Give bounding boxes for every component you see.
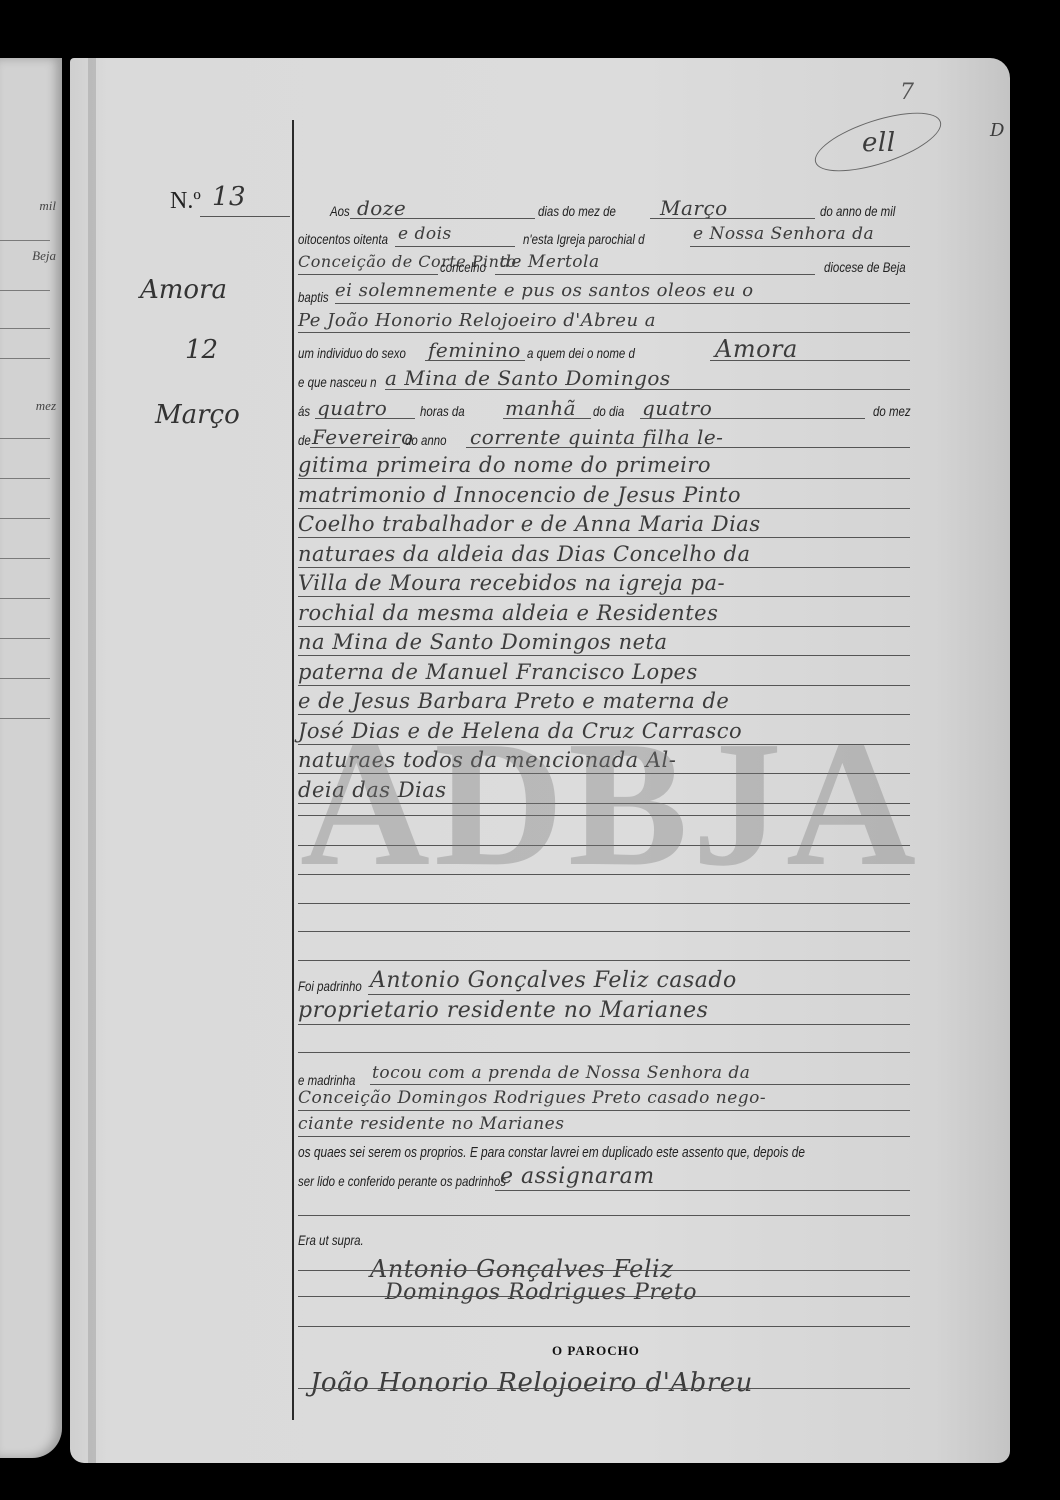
left-page-text: mil [39,198,56,214]
padrinho-line: Antonio Gonçalves Feliz casado [370,968,737,993]
record-body-line: naturaes da aldeia das Dias Concelho da [298,542,751,566]
record-body-line: paterna de Manuel Francisco Lopes [298,660,698,684]
priest-text: Pe João Honorio Relojoeiro d'Abreu a [298,310,656,331]
child-name: Amora [715,335,798,363]
record-body-line: matrimonio d Innocencio de Jesus Pinto [298,483,741,507]
madrinha-line: ciante residente no Marianes [298,1114,564,1134]
assignaram: e assignaram [500,1164,655,1189]
birth-period: manhã [505,396,576,420]
county-value: de Mertola [500,252,600,272]
birth-day: quatro [642,396,712,420]
era-ut-supra: Era ut supra. [298,1232,364,1248]
binding-shadow [88,58,96,1463]
sex-value: feminino [428,338,521,362]
day-value: doze [357,196,406,220]
margin-day: 12 [185,335,218,365]
madrinha-line: Conceição Domingos Rodrigues Preto casad… [298,1088,766,1108]
margin-month: Março [155,400,240,430]
corner-letter: D [990,120,1005,141]
record-body-line: Villa de Moura recebidos na igreja pa- [298,571,725,595]
parish-value: e Nossa Senhora da [693,224,874,244]
left-page-edge: mil Beja mez [0,58,62,1458]
madrinha-label: e madrinha [298,1072,355,1088]
record-body-line: rochial da mesma aldeia e Residentes [298,601,718,625]
entry-number: 13 [212,182,246,212]
signature-madrinha: Domingos Rodrigues Preto [385,1280,697,1305]
record-body-line: gitima primeira do nome do primeiro [298,453,711,477]
rite-text: ei solemnemente e pus os santos oleos eu… [335,280,754,301]
left-page-text: mez [36,398,56,414]
parocho-signature: João Honorio Relojoeiro d'Abreu [310,1368,753,1398]
archive-watermark: ADBJA [300,700,920,907]
year-value: e dois [398,224,452,244]
birthplace: a Mina de Santo Domingos [385,366,671,390]
closing-text: ser lido e conferido perante os padrinho… [298,1173,506,1189]
left-page-text: Beja [32,248,56,264]
parocho-label: O PAROCHO [552,1343,640,1359]
record-body: corrente quinta filha le- [470,425,723,449]
folio-initials: ell [862,128,896,158]
margin-name: Amora [140,275,227,305]
record-body-line: Coelho trabalhador e de Anna Maria Dias [298,512,761,536]
margin-rule [292,120,294,1420]
folio-mark: 7 [900,80,914,105]
padrinho-label: Foi padrinho [298,978,362,994]
month-value: Março [660,196,728,220]
closing-text: os quaes sei serem os proprios. E para c… [298,1145,805,1161]
birth-hour: quatro [317,396,387,420]
record-body-line: na Mina de Santo Domingos neta [298,630,667,654]
birth-month: Fevereiro [312,425,414,449]
madrinha-line: tocou com a prenda de Nossa Senhora da [372,1063,750,1083]
entry-number-label: N.º [170,188,201,215]
signature-padrinho: Antonio Gonçalves Feliz [370,1255,673,1283]
padrinho-line: proprietario residente no Marianes [298,998,708,1023]
